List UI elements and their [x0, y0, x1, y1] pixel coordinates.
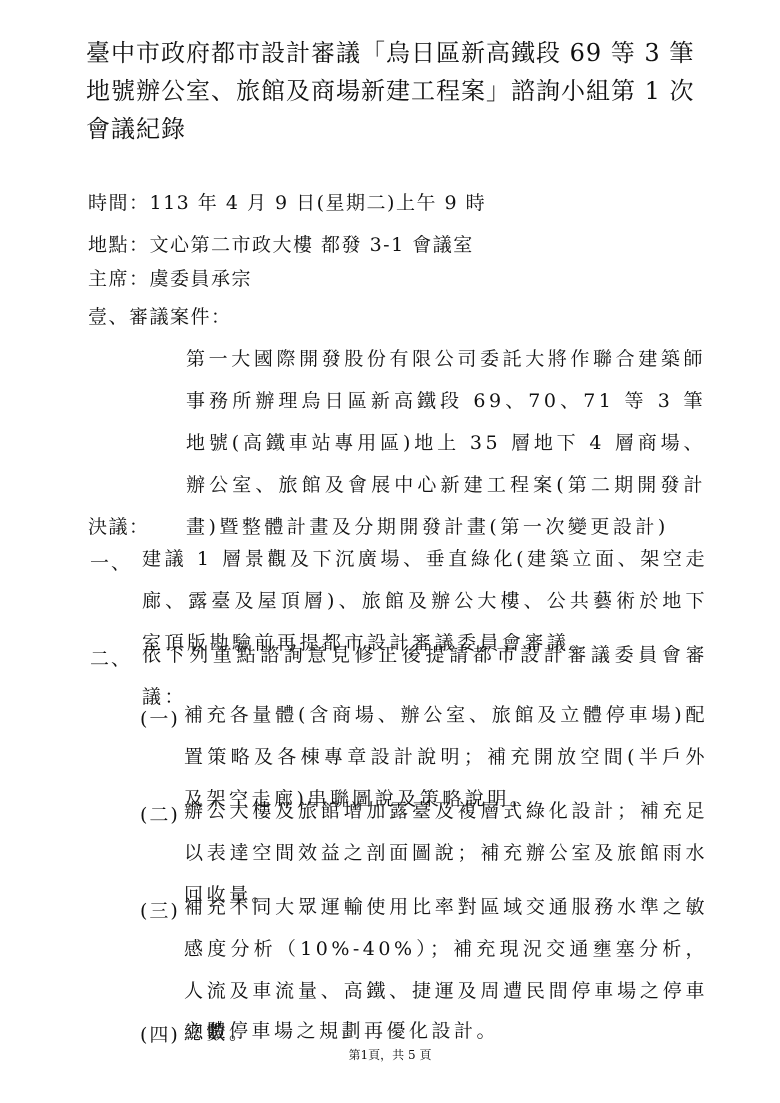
page-footer: 第1頁，共 5 頁: [0, 1046, 780, 1063]
meeting-chair: 主席：虞委員承宗: [88, 264, 252, 291]
meeting-place: 地點：文心第二市政大樓 都發 3-1 會議室: [88, 230, 474, 257]
sub-item-marker-1: (一): [140, 704, 180, 731]
resolution-marker-1: 一、: [90, 548, 132, 575]
case-description: 第一大國際開發股份有限公司委託大將作聯合建築師事務所辦理烏日區新高鐵段 69、7…: [186, 338, 706, 548]
document-title: 臺中市政府都市設計審議「烏日區新高鐵段 69 等 3 筆地號辦公室、旅館及商場新…: [86, 34, 716, 148]
section-heading-cases: 壹、審議案件：: [88, 302, 232, 329]
resolution-heading: 決議：: [88, 512, 150, 539]
meeting-time: 時間：113 年 4 月 9 日(星期二)上午 9 時: [88, 188, 486, 215]
sub-item-marker-3: (三): [140, 896, 180, 923]
resolution-marker-2: 二、: [90, 644, 132, 671]
sub-item-marker-4: (四): [140, 1020, 180, 1047]
sub-item-marker-2: (二): [140, 800, 180, 827]
